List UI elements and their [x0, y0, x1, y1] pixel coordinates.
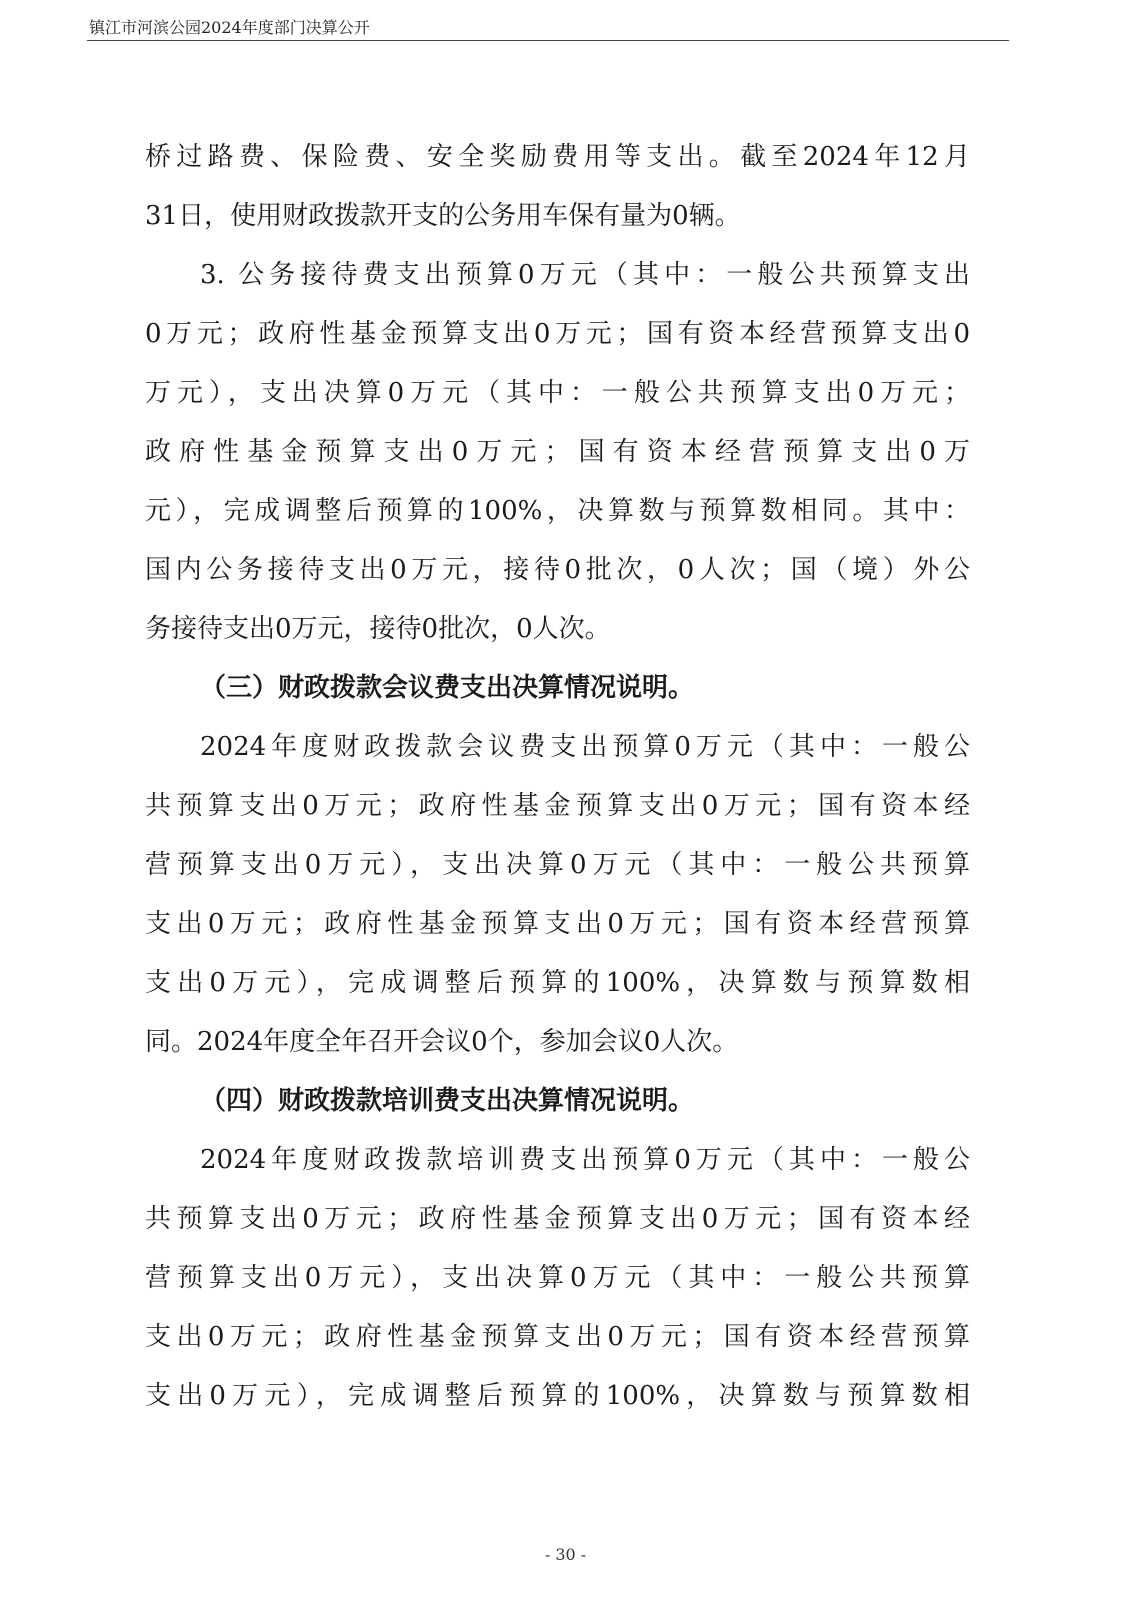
document-body: 桥过路费、保险费、安全奖励费用等支出。截至2024年12月 31日，使用财政拨款…	[145, 128, 970, 1426]
paragraph-line: 营预算支出0万元），支出决算0万元（其中：一般公共预算	[145, 836, 970, 895]
paragraph-line: 桥过路费、保险费、安全奖励费用等支出。截至2024年12月	[145, 128, 970, 187]
section-heading: （四）财政拨款培训费支出决算情况说明。	[145, 1072, 970, 1131]
page-number: - 30 -	[0, 1545, 1131, 1564]
paragraph-line: 31日，使用财政拨款开支的公务用车保有量为0辆。	[145, 187, 970, 246]
paragraph-line: 营预算支出0万元），支出决算0万元（其中：一般公共预算	[145, 1249, 970, 1308]
paragraph-line: 支出0万元），完成调整后预算的100%，决算数与预算数相	[145, 954, 970, 1013]
paragraph-line: 共预算支出0万元；政府性基金预算支出0万元；国有资本经	[145, 1190, 970, 1249]
paragraph-line: 2024年度财政拨款培训费支出预算0万元（其中：一般公	[145, 1131, 970, 1190]
section-heading: （三）财政拨款会议费支出决算情况说明。	[145, 659, 970, 718]
paragraph-line: 务接待支出0万元，接待0批次，0人次。	[145, 600, 970, 659]
paragraph-line: 3. 公务接待费支出预算0万元（其中：一般公共预算支出	[145, 246, 970, 305]
document-title: 镇江市河滨公园2024年度部门决算公开	[89, 15, 370, 38]
paragraph-line: 支出0万元；政府性基金预算支出0万元；国有资本经营预算	[145, 895, 970, 954]
paragraph-line: 0万元；政府性基金预算支出0万元；国有资本经营预算支出0	[145, 305, 970, 364]
paragraph-line: 支出0万元；政府性基金预算支出0万元；国有资本经营预算	[145, 1308, 970, 1367]
paragraph-line: 政府性基金预算支出0万元；国有资本经营预算支出0万	[145, 423, 970, 482]
paragraph-line: 共预算支出0万元；政府性基金预算支出0万元；国有资本经	[145, 777, 970, 836]
paragraph-line: 国内公务接待支出0万元，接待0批次，0人次；国（境）外公	[145, 541, 970, 600]
paragraph-line: 元），完成调整后预算的100%，决算数与预算数相同。其中：	[145, 482, 970, 541]
paragraph-line: 万元），支出决算0万元（其中：一般公共预算支出0万元；	[145, 364, 970, 423]
paragraph-line: 支出0万元），完成调整后预算的100%，决算数与预算数相	[145, 1367, 970, 1426]
paragraph-line: 2024年度财政拨款会议费支出预算0万元（其中：一般公	[145, 718, 970, 777]
page-header: 镇江市河滨公园2024年度部门决算公开	[87, 14, 1009, 41]
paragraph-line: 同。2024年度全年召开会议0个，参加会议0人次。	[145, 1013, 970, 1072]
